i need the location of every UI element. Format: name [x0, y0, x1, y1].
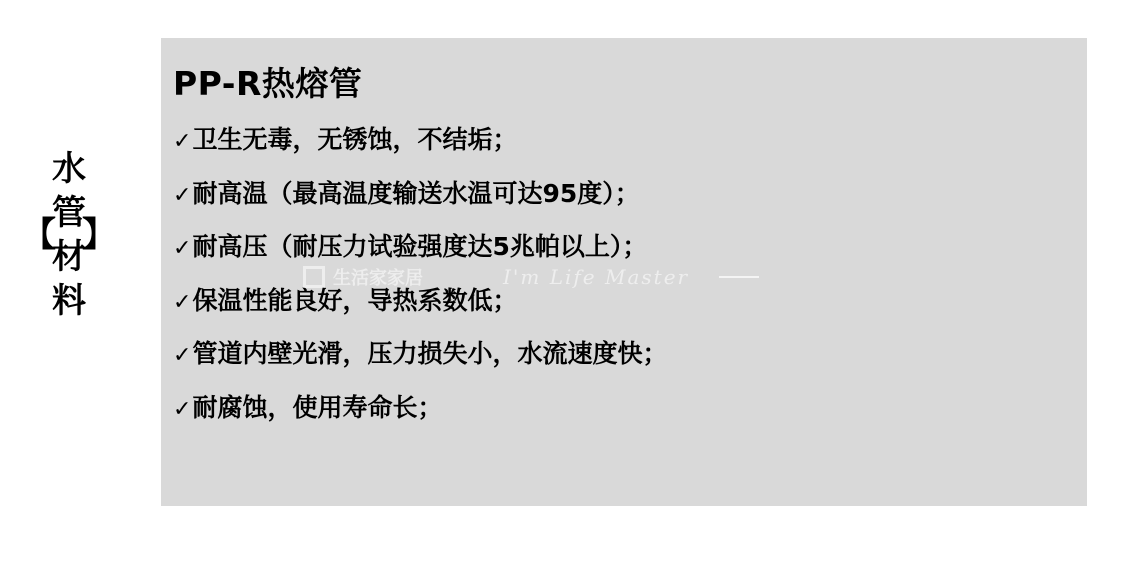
content-panel: PP-R热熔管 ✓卫生无毒，无锈蚀，不结垢； ✓耐高温（最高温度输送水温可达95… [161, 38, 1087, 506]
check-icon: ✓ [173, 236, 191, 261]
check-icon: ✓ [173, 129, 191, 154]
close-bracket: 】 [82, 218, 116, 252]
item-text: 保温性能良好，导热系数低； [192, 286, 517, 315]
title-char: 料 [52, 279, 86, 323]
check-icon: ✓ [173, 397, 191, 422]
list-item: ✓耐高压（耐压力试验强度达5兆帕以上）； [173, 225, 667, 279]
item-text: 卫生无毒，无锈蚀，不结垢； [192, 125, 517, 154]
item-text: 耐高压（耐压力试验强度达5兆帕以上）； [192, 232, 647, 261]
list-item: ✓保温性能良好，导热系数低； [173, 279, 667, 333]
watermark-dash [719, 276, 759, 278]
vertical-title: 水 管 材 料 [52, 147, 86, 323]
list-item: ✓耐腐蚀，使用寿命长； [173, 386, 667, 440]
title-char: 水 [52, 147, 86, 191]
check-icon: ✓ [173, 183, 191, 208]
title-char: 管 [52, 191, 86, 235]
check-icon: ✓ [173, 290, 191, 315]
list-item: ✓卫生无毒，无锈蚀，不结垢； [173, 118, 667, 172]
open-bracket: 【 [22, 218, 56, 252]
panel-title: PP-R热熔管 [173, 58, 362, 105]
side-title: 【 水 管 材 料 】 [14, 140, 124, 330]
check-icon: ✓ [173, 343, 191, 368]
item-text: 耐高温（最高温度输送水温可达95度）； [192, 179, 639, 208]
title-char: 材 [52, 235, 86, 279]
list-item: ✓耐高温（最高温度输送水温可达95度）； [173, 172, 667, 226]
feature-list: ✓卫生无毒，无锈蚀，不结垢； ✓耐高温（最高温度输送水温可达95度）； ✓耐高压… [173, 118, 667, 439]
item-text: 管道内壁光滑，压力损失小，水流速度快； [192, 339, 667, 368]
list-item: ✓管道内壁光滑，压力损失小，水流速度快； [173, 332, 667, 386]
item-text: 耐腐蚀，使用寿命长； [192, 393, 442, 422]
